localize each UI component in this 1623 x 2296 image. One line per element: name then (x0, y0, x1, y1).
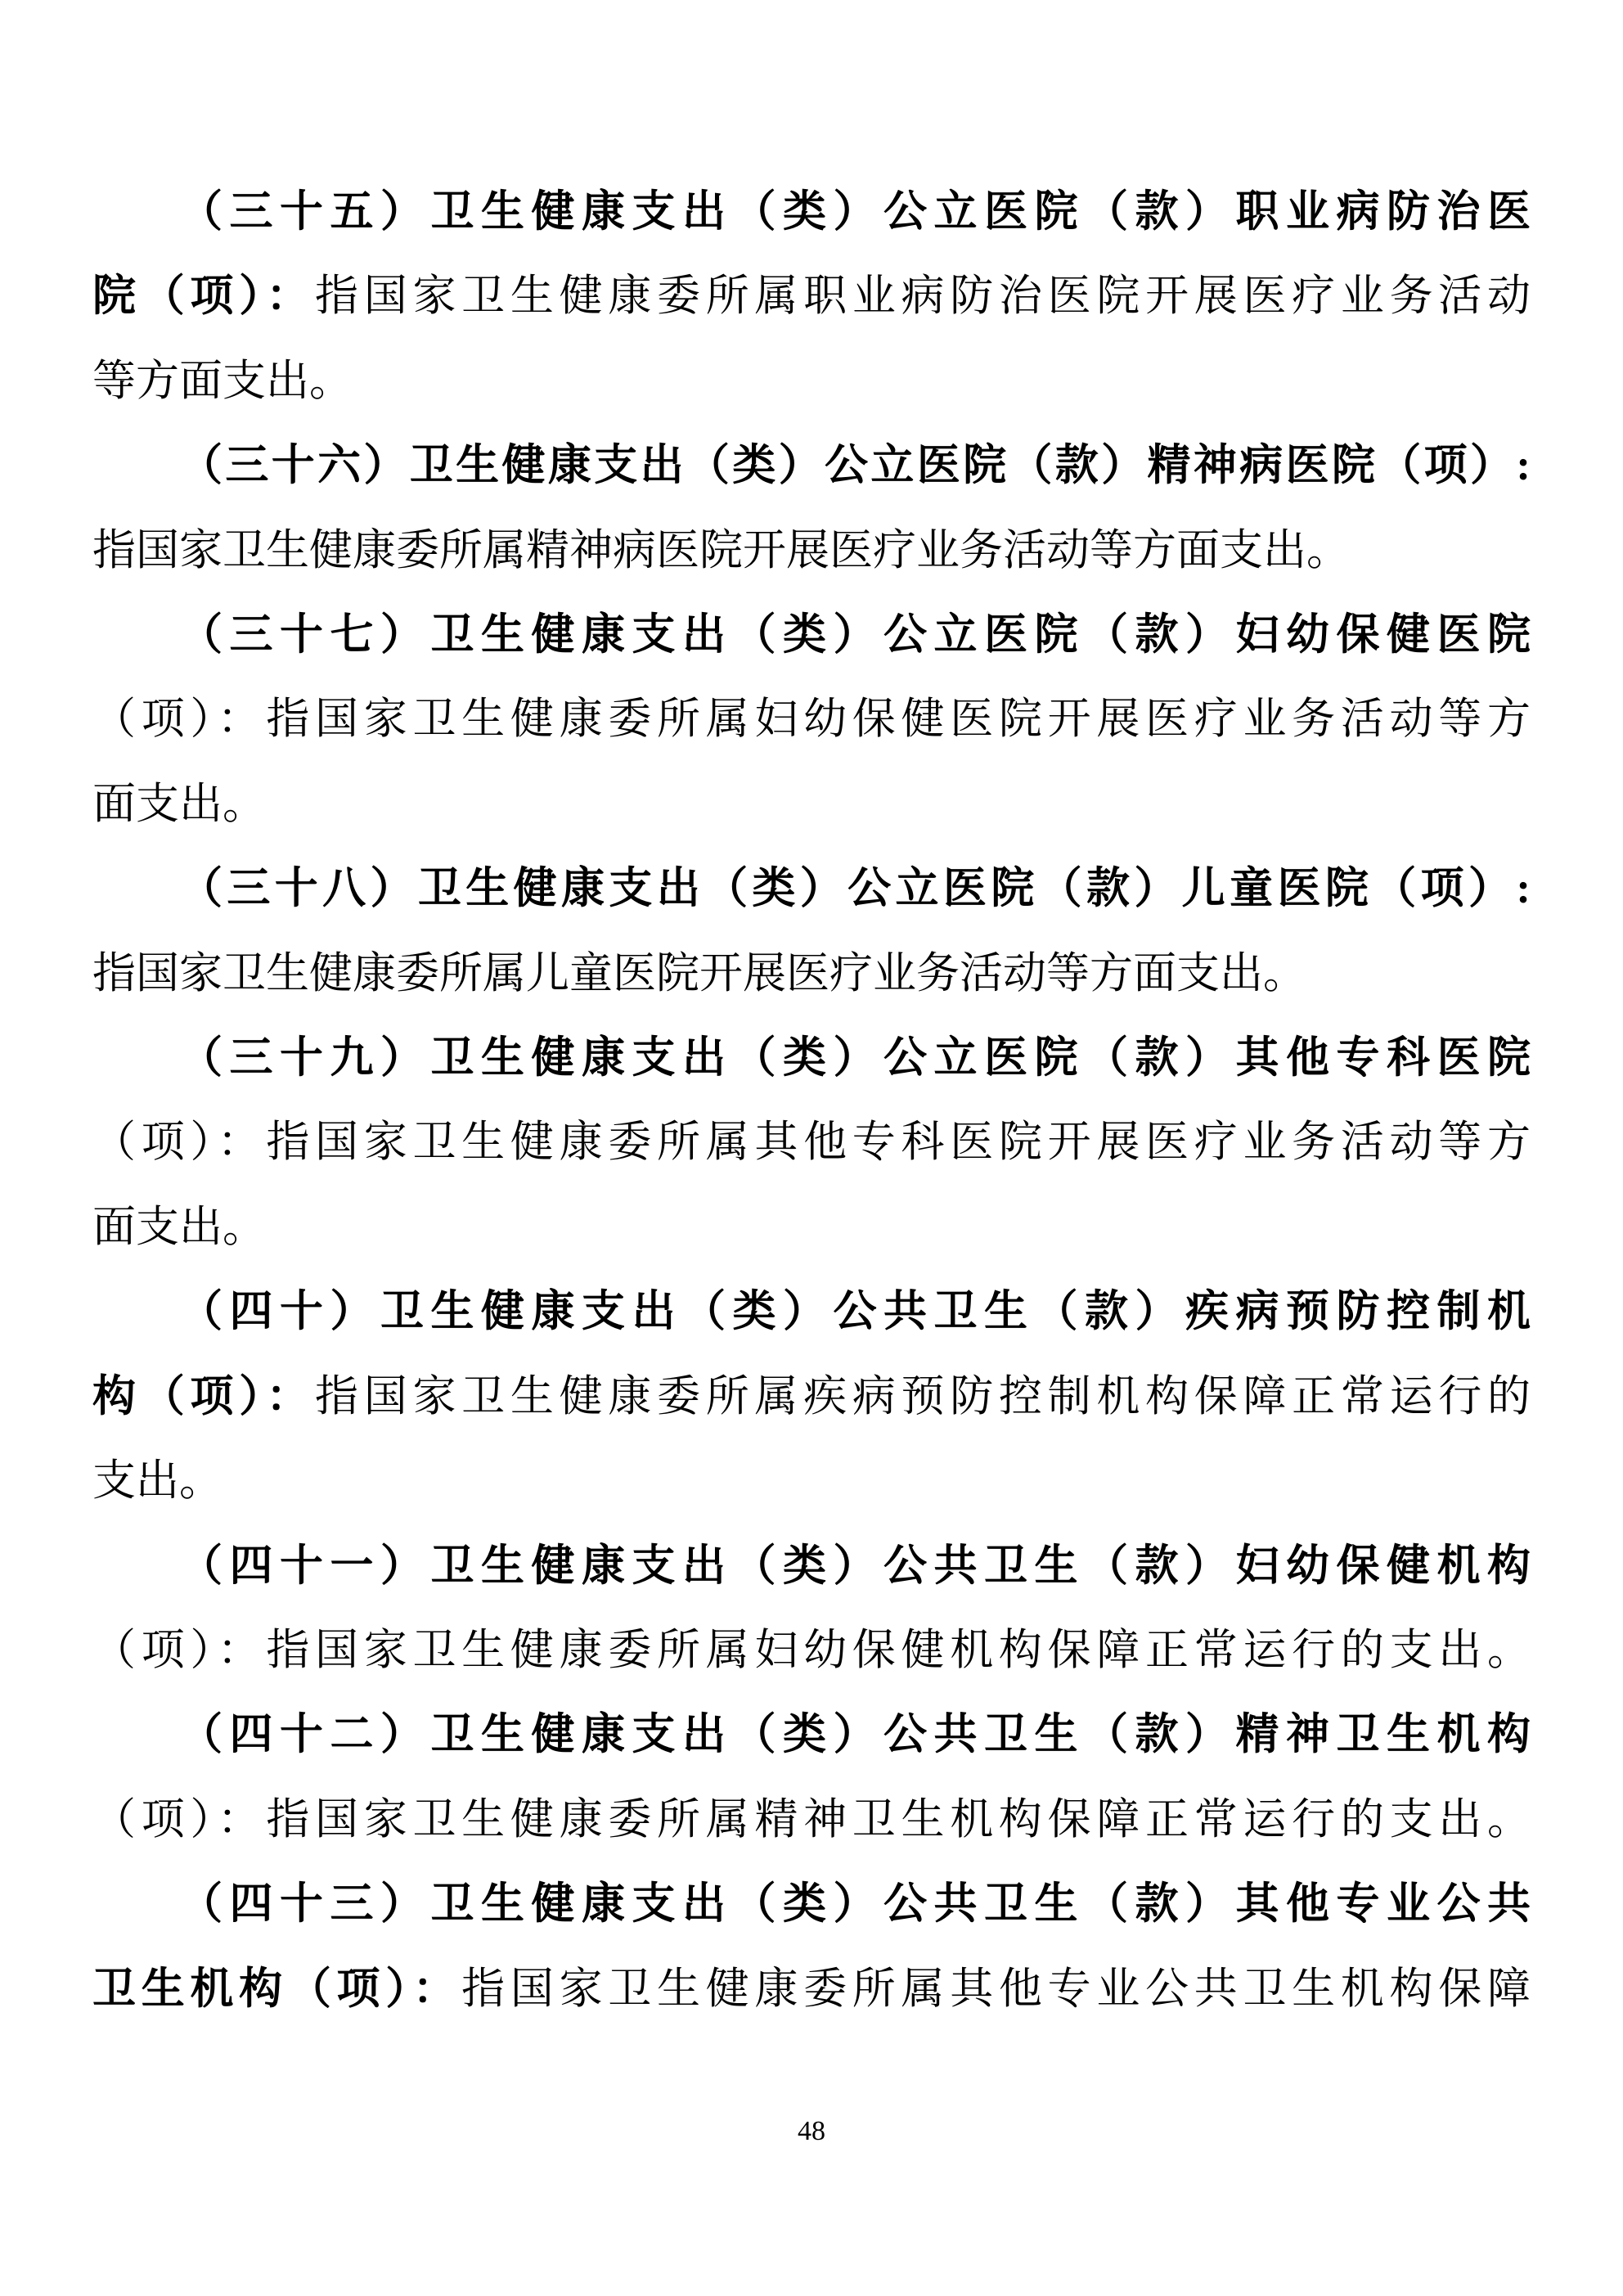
bold-text-segment: （四十一）卫生健康支出（类）公共卫生（款）妇幼保健机构 (179, 1542, 1531, 1590)
item-38: （三十八）卫生健康支出（类）公立医院（款）儿童医院（项）:指国家卫生健康委所属儿… (92, 847, 1531, 1016)
text-line: （三十五）卫生健康支出（类）公立医院（款）职业病防治医 (92, 170, 1531, 254)
bold-text-segment: （三十五）卫生健康支出（类）公立医院（款）职业病防治医 (179, 188, 1531, 236)
bold-text-segment: 卫生机构（项）： (92, 1965, 461, 2013)
item-37: （三十七）卫生健康支出（类）公立医院（款）妇幼保健医院（项）：指国家卫生健康委所… (92, 593, 1531, 847)
text-line: （项）：指国家卫生健康委所属妇幼保健医院开展医疗业务活动等方 (92, 678, 1531, 762)
item-36: （三十六）卫生健康支出（类）公立医院（款）精神病医院（项）:指国家卫生健康委所属… (92, 424, 1531, 593)
document-page: （三十五）卫生健康支出（类）公立医院（款）职业病防治医院（项）：指国家卫生健康委… (0, 0, 1623, 2296)
text-line: 等方面支出。 (92, 340, 1531, 424)
bold-text-segment: （三十九）卫生健康支出（类）公立医院（款）其他专科医院 (179, 1034, 1531, 1082)
document-body: （三十五）卫生健康支出（类）公立医院（款）职业病防治医院（项）：指国家卫生健康委… (92, 170, 1531, 2032)
text-segment: 指国家卫生健康委所属其他专业公共卫生机构保障 (461, 1965, 1531, 2013)
text-line: 指国家卫生健康委所属精神病医院开展医疗业务活动等方面支出。 (92, 509, 1531, 593)
item-35: （三十五）卫生健康支出（类）公立医院（款）职业病防治医院（项）：指国家卫生健康委… (92, 170, 1531, 424)
bold-text-segment: （三十八）卫生健康支出（类）公立医院（款）儿童医院（项）: (179, 865, 1531, 912)
text-segment: （项）：指国家卫生健康委所属妇幼保健机构保障正常运行的支出。 (92, 1627, 1531, 1674)
text-line: 卫生机构（项）：指国家卫生健康委所属其他专业公共卫生机构保障 (92, 1947, 1531, 2032)
text-line: （四十二）卫生健康支出（类）公共卫生（款）精神卫生机构 (92, 1693, 1531, 1777)
text-segment: 指国家卫生健康委所属儿童医院开展医疗业务活动等方面支出。 (92, 950, 1306, 997)
text-segment: 指国家卫生健康委所属职业病防治医院开展医疗业务活动 (315, 272, 1531, 320)
bold-text-segment: （三十七）卫生健康支出（类）公立医院（款）妇幼保健医院 (179, 611, 1531, 659)
bold-text-segment: （四十）卫生健康支出（类）公共卫生（款）疾病预防控制机 (179, 1288, 1531, 1335)
text-line: （项）：指国家卫生健康委所属妇幼保健机构保障正常运行的支出。 (92, 1609, 1531, 1693)
text-line: （三十八）卫生健康支出（类）公立医院（款）儿童医院（项）: (92, 847, 1531, 931)
text-segment: （项）：指国家卫生健康委所属精神卫生机构保障正常运行的支出。 (92, 1796, 1531, 1844)
text-line: 指国家卫生健康委所属儿童医院开展医疗业务活动等方面支出。 (92, 932, 1531, 1016)
text-segment: 指国家卫生健康委所属疾病预防控制机构保障正常运行的 (315, 1373, 1531, 1420)
item-39: （三十九）卫生健康支出（类）公立医院（款）其他专科医院（项）：指国家卫生健康委所… (92, 1016, 1531, 1270)
text-segment: 指国家卫生健康委所属精神病医院开展医疗业务活动等方面支出。 (92, 527, 1350, 574)
item-42: （四十二）卫生健康支出（类）公共卫生（款）精神卫生机构（项）：指国家卫生健康委所… (92, 1693, 1531, 1862)
text-line: （四十三）卫生健康支出（类）公共卫生（款）其他专业公共 (92, 1862, 1531, 1947)
text-line: （四十一）卫生健康支出（类）公共卫生（款）妇幼保健机构 (92, 1524, 1531, 1609)
text-line: 院（项）：指国家卫生健康委所属职业病防治医院开展医疗业务活动 (92, 254, 1531, 339)
bold-text-segment: 构（项）： (92, 1373, 315, 1420)
bold-text-segment: （四十二）卫生健康支出（类）公共卫生（款）精神卫生机构 (179, 1711, 1531, 1758)
text-line: （项）：指国家卫生健康委所属其他专科医院开展医疗业务活动等方 (92, 1101, 1531, 1185)
page-number: 48 (0, 2115, 1623, 2148)
text-segment: （项）：指国家卫生健康委所属妇幼保健医院开展医疗业务活动等方 (92, 696, 1531, 743)
text-line: 面支出。 (92, 1186, 1531, 1270)
text-line: 支出。 (92, 1439, 1531, 1524)
text-segment: 面支出。 (92, 781, 266, 828)
text-line: （三十六）卫生健康支出（类）公立医院（款）精神病医院（项）: (92, 424, 1531, 508)
text-segment: （项）：指国家卫生健康委所属其他专科医院开展医疗业务活动等方 (92, 1119, 1531, 1166)
text-line: （四十）卫生健康支出（类）公共卫生（款）疾病预防控制机 (92, 1270, 1531, 1354)
text-segment: 等方面支出。 (92, 358, 353, 405)
item-41: （四十一）卫生健康支出（类）公共卫生（款）妇幼保健机构（项）：指国家卫生健康委所… (92, 1524, 1531, 1694)
text-line: （三十九）卫生健康支出（类）公立医院（款）其他专科医院 (92, 1016, 1531, 1101)
text-line: （项）：指国家卫生健康委所属精神卫生机构保障正常运行的支出。 (92, 1778, 1531, 1862)
text-line: 面支出。 (92, 763, 1531, 847)
bold-text-segment: （三十六）卫生健康支出（类）公立医院（款）精神病医院（项）: (179, 442, 1531, 489)
bold-text-segment: 院（项）： (92, 272, 315, 320)
text-line: 构（项）：指国家卫生健康委所属疾病预防控制机构保障正常运行的 (92, 1355, 1531, 1439)
item-43: （四十三）卫生健康支出（类）公共卫生（款）其他专业公共卫生机构（项）：指国家卫生… (92, 1862, 1531, 2032)
item-40: （四十）卫生健康支出（类）公共卫生（款）疾病预防控制机构（项）：指国家卫生健康委… (92, 1270, 1531, 1524)
text-line: （三十七）卫生健康支出（类）公立医院（款）妇幼保健医院 (92, 593, 1531, 678)
bold-text-segment: （四十三）卫生健康支出（类）公共卫生（款）其他专业公共 (179, 1880, 1531, 1928)
text-segment: 支出。 (92, 1457, 223, 1505)
text-segment: 面支出。 (92, 1204, 266, 1251)
